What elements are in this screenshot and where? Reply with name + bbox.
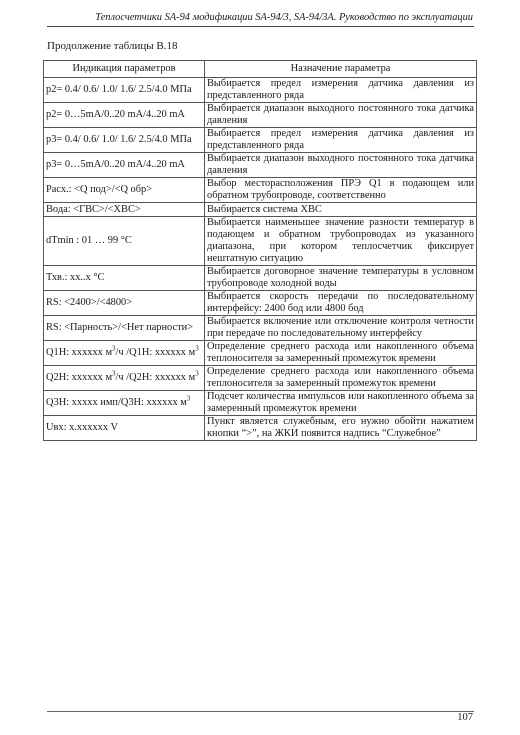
parameters-table: Индикация параметров Назначение параметр… xyxy=(43,60,477,441)
table-row: p3= 0.4/ 0.6/ 1.0/ 1.6/ 2.5/4.0 МПа Выби… xyxy=(44,128,477,153)
table-header-row: Индикация параметров Назначение параметр… xyxy=(44,61,477,78)
table-row: Расх.: <Q под>/<Q обр> Выбор местораспол… xyxy=(44,178,477,203)
page-header-title: Теплосчетчики SA-94 модификации SA-94/3,… xyxy=(48,12,473,23)
table-row: Q1H: xxxxxx м3/ч /Q1H: xxxxxx м3 Определ… xyxy=(44,341,477,366)
purpose-cell: Выбор месторасположения ПРЭ Q1 в подающе… xyxy=(205,178,477,203)
table-row: p2= 0…5mA/0..20 mA/4..20 mA Выбирается д… xyxy=(44,103,477,128)
indication-cell: Вода: <ГВС>/<ХВС> xyxy=(44,203,205,217)
purpose-cell: Определение среднего расхода или накопле… xyxy=(205,341,477,366)
purpose-cell: Выбирается предел измерения датчика давл… xyxy=(205,78,477,103)
purpose-cell: Выбирается диапазон выходного постоянног… xyxy=(205,153,477,178)
table-row: Тхв.: хх..х °C Выбирается договорное зна… xyxy=(44,266,477,291)
indication-cell: p3= 0…5mA/0..20 mA/4..20 mA xyxy=(44,153,205,178)
header-divider xyxy=(47,26,474,27)
indication-cell: Тхв.: хх..х °C xyxy=(44,266,205,291)
page-number: 107 xyxy=(440,712,473,723)
indication-cell: Q3H: xxxxx имп/Q3H: xxxxxx м3 xyxy=(44,391,205,416)
indication-cell: p2= 0.4/ 0.6/ 1.0/ 1.6/ 2.5/4.0 МПа xyxy=(44,78,205,103)
column-header-purpose: Назначение параметра xyxy=(205,61,477,78)
table-row: Q2H: xxxxxx м3/ч /Q2H: xxxxxx м3 Определ… xyxy=(44,366,477,391)
purpose-cell: Определение среднего расхода или накопле… xyxy=(205,366,477,391)
indication-cell: RS: <2400>/<4800> xyxy=(44,291,205,316)
table-row: RS: <Парность>/<Нет парности> Выбирается… xyxy=(44,316,477,341)
indication-cell: Uвх: x.xxxxxx V xyxy=(44,416,205,441)
purpose-cell: Выбирается включение или отключение конт… xyxy=(205,316,477,341)
indication-cell: RS: <Парность>/<Нет парности> xyxy=(44,316,205,341)
purpose-cell: Выбирается наименьшее значение разности … xyxy=(205,217,477,266)
table-row: Q3H: xxxxx имп/Q3H: xxxxxx м3 Подсчет ко… xyxy=(44,391,477,416)
indication-cell: p3= 0.4/ 0.6/ 1.0/ 1.6/ 2.5/4.0 МПа xyxy=(44,128,205,153)
column-header-indication: Индикация параметров xyxy=(44,61,205,78)
purpose-cell: Выбирается система ХВС xyxy=(205,203,477,217)
table-row: Вода: <ГВС>/<ХВС> Выбирается система ХВС xyxy=(44,203,477,217)
table-row: RS: <2400>/<4800> Выбирается скорость пе… xyxy=(44,291,477,316)
purpose-cell: Выбирается предел измерения датчика давл… xyxy=(205,128,477,153)
table-row: Uвх: x.xxxxxx V Пункт является служебным… xyxy=(44,416,477,441)
indication-cell: Расх.: <Q под>/<Q обр> xyxy=(44,178,205,203)
indication-cell: dTmin : 01 … 99 °C xyxy=(44,217,205,266)
indication-cell: Q1H: xxxxxx м3/ч /Q1H: xxxxxx м3 xyxy=(44,341,205,366)
purpose-cell: Подсчет количества импульсов или накопле… xyxy=(205,391,477,416)
table-row: dTmin : 01 … 99 °C Выбирается наименьшее… xyxy=(44,217,477,266)
table-row: p3= 0…5mA/0..20 mA/4..20 mA Выбирается д… xyxy=(44,153,477,178)
table-caption: Продолжение таблицы В.18 xyxy=(47,40,177,52)
table-row: p2= 0.4/ 0.6/ 1.0/ 1.6/ 2.5/4.0 МПа Выби… xyxy=(44,78,477,103)
purpose-cell: Выбирается скорость передачи по последов… xyxy=(205,291,477,316)
purpose-cell: Выбирается договорное значение температу… xyxy=(205,266,477,291)
purpose-cell: Пункт является служебным, его нужно обой… xyxy=(205,416,477,441)
purpose-cell: Выбирается диапазон выходного постоянног… xyxy=(205,103,477,128)
footer-divider xyxy=(47,711,474,712)
indication-cell: Q2H: xxxxxx м3/ч /Q2H: xxxxxx м3 xyxy=(44,366,205,391)
indication-cell: p2= 0…5mA/0..20 mA/4..20 mA xyxy=(44,103,205,128)
